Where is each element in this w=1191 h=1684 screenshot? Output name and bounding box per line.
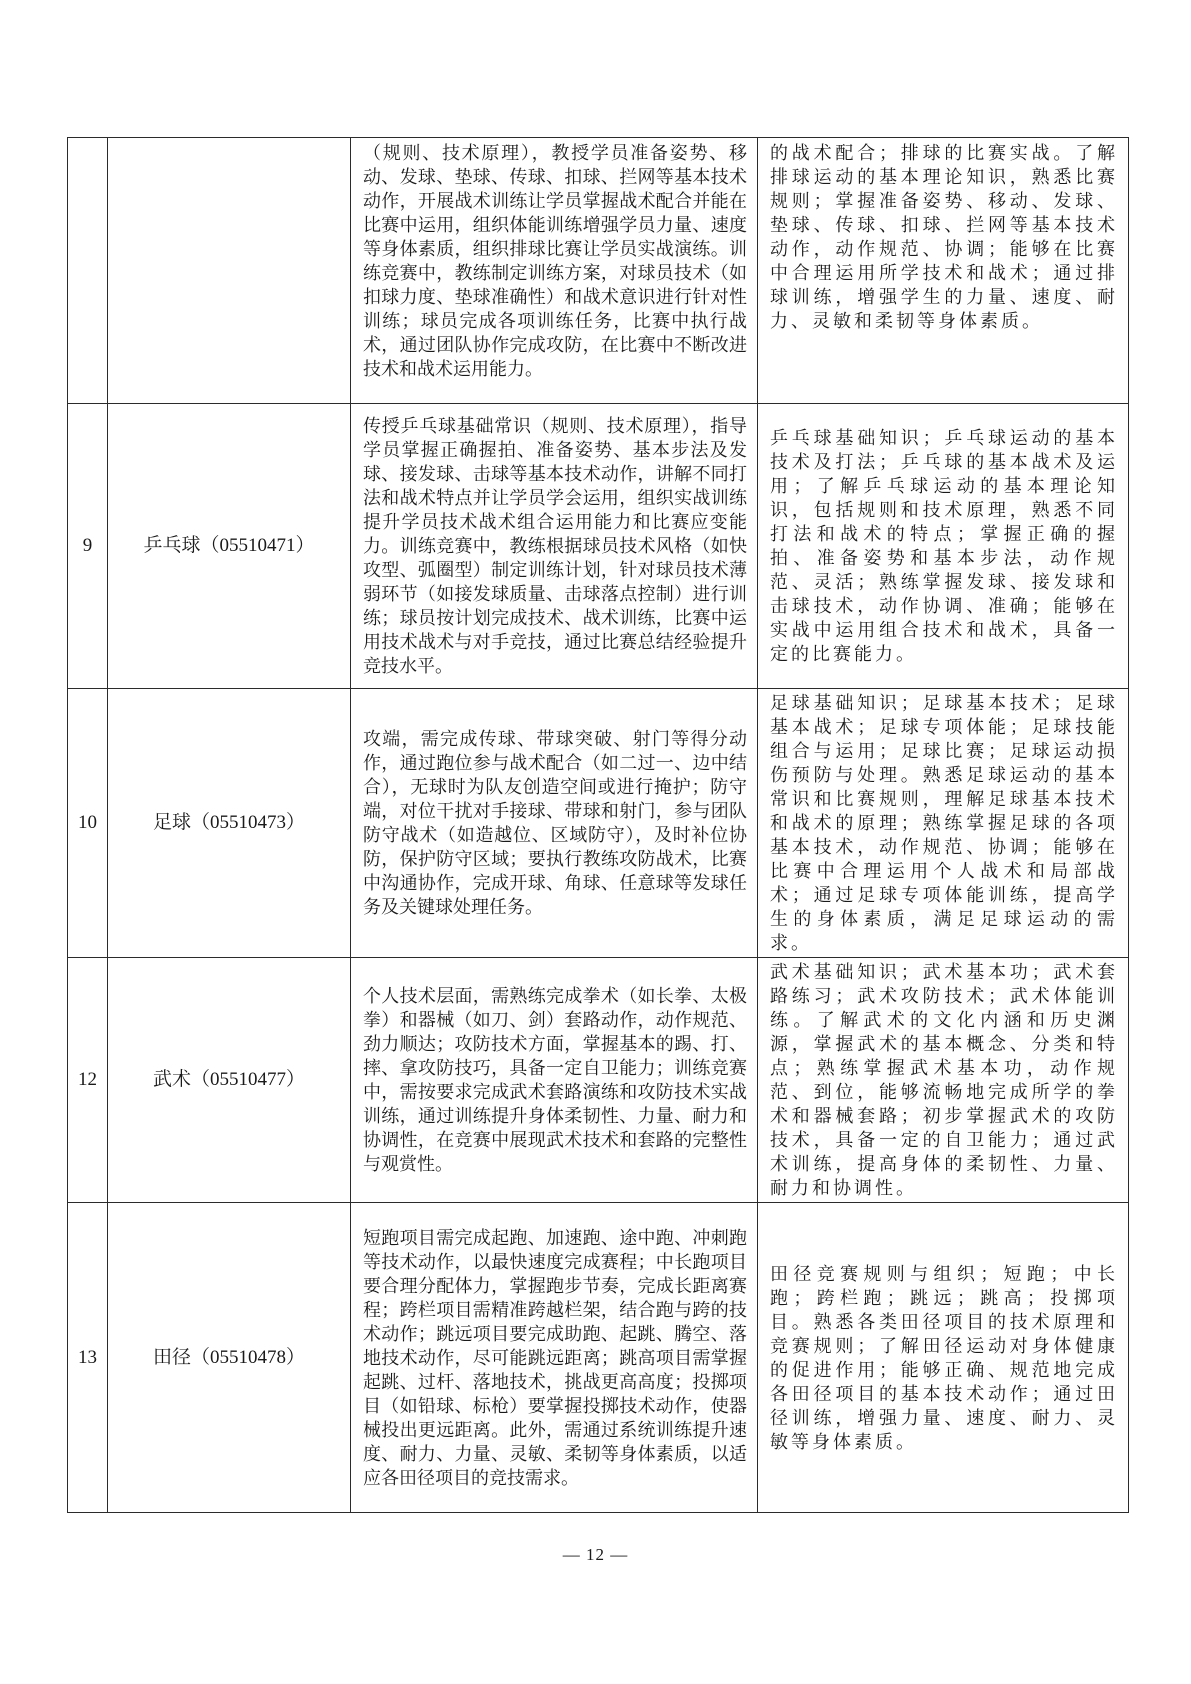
seq-cell (68, 138, 108, 404)
course-description-cell: 传授乒乓球基础常识（规则、技术原理），指导学员掌握正确握拍、准备姿势、基本步法及… (351, 404, 758, 689)
table-row-athletics: 13 田径（05510478） 短跑项目需完成起跑、加速跑、途中跑、冲刺跑等技术… (68, 1203, 1129, 1513)
course-objectives-cell: 足球基础知识；足球基本技术；足球基本战术；足球专项体能；足球技能组合与运用；足球… (758, 689, 1129, 958)
course-name-cell (108, 138, 351, 404)
course-objectives-cell: 乒乓球基础知识；乒乓球运动的基本技术及打法；乒乓球的基本战术及运用；了解乒乓球运… (758, 404, 1129, 689)
table-row-volleyball-continued: （规则、技术原理），教授学员准备姿势、移动、发球、垫球、传球、扣球、拦网等基本技… (68, 138, 1129, 404)
course-table: （规则、技术原理），教授学员准备姿势、移动、发球、垫球、传球、扣球、拦网等基本技… (67, 137, 1129, 1513)
course-name-cell: 乒乓球（05510471） (108, 404, 351, 689)
course-description-cell: 攻端，需完成传球、带球突破、射门等得分动作，通过跑位参与战术配合（如二过一、边中… (351, 689, 758, 958)
course-name-cell: 足球（05510473） (108, 689, 351, 958)
course-objectives-cell: 田径竞赛规则与组织；短跑；中长跑；跨栏跑；跳远；跳高；投掷项目。熟悉各类田径项目… (758, 1203, 1129, 1513)
course-description-cell: 个人技术层面，需熟练完成拳术（如长拳、太极拳）和器械（如刀、剑）套路动作，动作规… (351, 958, 758, 1203)
page-number: — 12 — (0, 1545, 1191, 1565)
seq-cell: 10 (68, 689, 108, 958)
course-name-cell: 武术（05510477） (108, 958, 351, 1203)
course-objectives-cell: 武术基础知识；武术基本功；武术套路练习；武术攻防技术；武术体能训练。了解武术的文… (758, 958, 1129, 1203)
seq-cell: 13 (68, 1203, 108, 1513)
course-objectives-cell: 的战术配合；排球的比赛实战。了解排球运动的基本理论知识，熟悉比赛规则；掌握准备姿… (758, 138, 1129, 404)
course-name-cell: 田径（05510478） (108, 1203, 351, 1513)
table-row-martial-arts: 12 武术（05510477） 个人技术层面，需熟练完成拳术（如长拳、太极拳）和… (68, 958, 1129, 1203)
seq-cell: 12 (68, 958, 108, 1203)
seq-cell: 9 (68, 404, 108, 689)
course-description-cell: 短跑项目需完成起跑、加速跑、途中跑、冲刺跑等技术动作，以最快速度完成赛程；中长跑… (351, 1203, 758, 1513)
table-row-football: 10 足球（05510473） 攻端，需完成传球、带球突破、射门等得分动作，通过… (68, 689, 1129, 958)
table-row-table-tennis: 9 乒乓球（05510471） 传授乒乓球基础常识（规则、技术原理），指导学员掌… (68, 404, 1129, 689)
document-page: （规则、技术原理），教授学员准备姿势、移动、发球、垫球、传球、扣球、拦网等基本技… (0, 0, 1191, 1684)
course-description-cell: （规则、技术原理），教授学员准备姿势、移动、发球、垫球、传球、扣球、拦网等基本技… (351, 138, 758, 404)
